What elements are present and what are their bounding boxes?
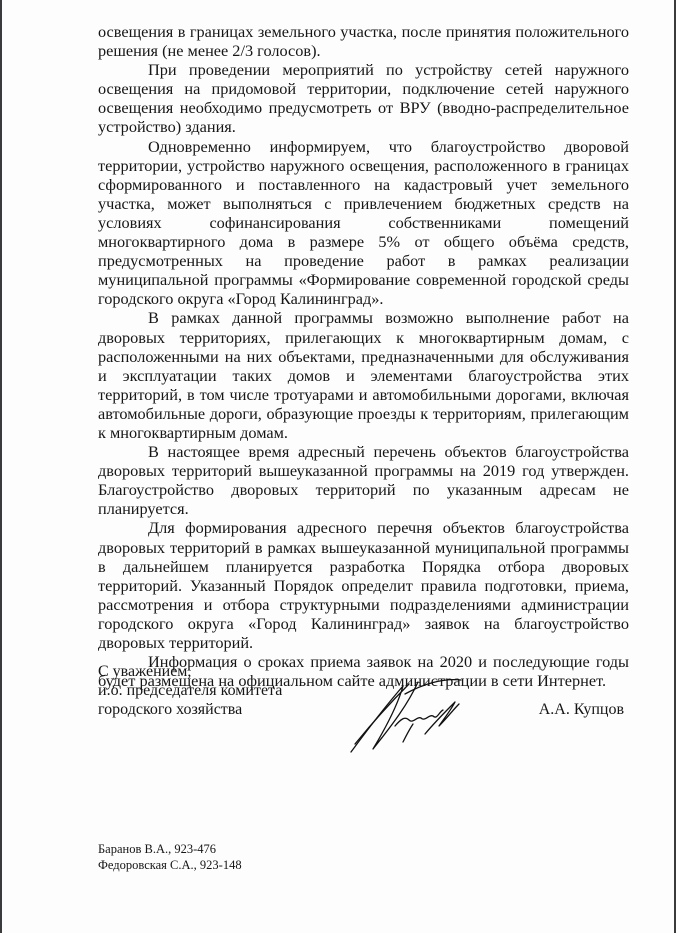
position-line-2: городского хозяйства	[98, 700, 282, 719]
paragraph-selection-procedure: Для формирования адресного перечня объек…	[98, 518, 629, 652]
signature-block: С уважением, и.о. председателя комитета …	[98, 662, 629, 752]
contact-item: Федоровская С.А., 923-148	[98, 858, 242, 874]
position-line-1: и.о. председателя комитета	[98, 681, 282, 700]
contact-item: Баранов В.А., 923-476	[98, 842, 242, 858]
paragraph-lighting-connection: При проведении мероприятий по устройству…	[98, 60, 629, 136]
signer-position: С уважением, и.о. председателя комитета …	[98, 662, 282, 719]
paragraph-continuation: освещения в границах земельного участка,…	[98, 22, 629, 60]
handwritten-signature-icon	[343, 664, 473, 759]
signer-name: А.А. Купцов	[539, 700, 624, 719]
contacts-list: Баранов В.А., 923-476 Федоровская С.А., …	[98, 842, 242, 873]
paragraph-program-scope: В рамках данной программы возможно выпол…	[98, 308, 629, 442]
document-body: освещения в границах земельного участка,…	[98, 22, 629, 690]
paragraph-cofinancing: Одновременно информируем, что благоустро…	[98, 137, 629, 309]
closing-phrase: С уважением,	[98, 662, 282, 681]
paragraph-2019-list: В настоящее время адресный перечень объе…	[98, 442, 629, 518]
window-border-left	[0, 0, 2, 933]
